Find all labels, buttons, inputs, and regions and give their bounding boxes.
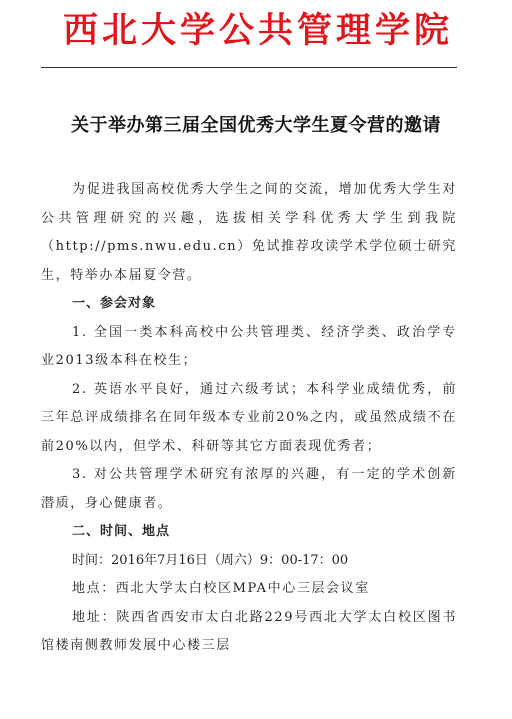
participant-criterion-1: 1. 全国一类本科高校中公共管理类、经济学类、政治学专业2013级本科在校生； xyxy=(41,319,457,376)
event-time: 时间：2016年7月16日（周六）9：00-17：00 xyxy=(41,547,457,576)
institution-name: 西北大学公共管理学院 xyxy=(63,10,453,52)
letterhead: 西北大学公共管理学院 xyxy=(0,10,512,52)
section-heading-participants: 一、参会对象 xyxy=(41,290,457,319)
section-heading-time-location: 二、时间、地点 xyxy=(41,518,457,547)
letterhead-divider xyxy=(41,67,457,68)
intro-paragraph: 为促进我国高校优秀大学生之间的交流，增加优秀大学生对公共管理研究的兴趣，选拔相关… xyxy=(41,176,457,290)
participant-criterion-3: 3. 对公共管理学术研究有浓厚的兴趣，有一定的学术创新潜质，身心健康者。 xyxy=(41,461,457,518)
event-venue: 地点：西北大学太白校区MPA中心三层会议室 xyxy=(41,575,457,604)
event-address: 地址：陕西省西安市太白北路229号西北大学太白校区图书馆楼南侧教师发展中心楼三层 xyxy=(41,604,457,661)
document-title: 关于举办第三届全国优秀大学生夏令营的邀请 xyxy=(0,114,512,138)
document-body: 为促进我国高校优秀大学生之间的交流，增加优秀大学生对公共管理研究的兴趣，选拔相关… xyxy=(41,176,457,661)
participant-criterion-2: 2. 英语水平良好，通过六级考试；本科学业成绩优秀，前三年总评成绩排名在同年级本… xyxy=(41,376,457,462)
